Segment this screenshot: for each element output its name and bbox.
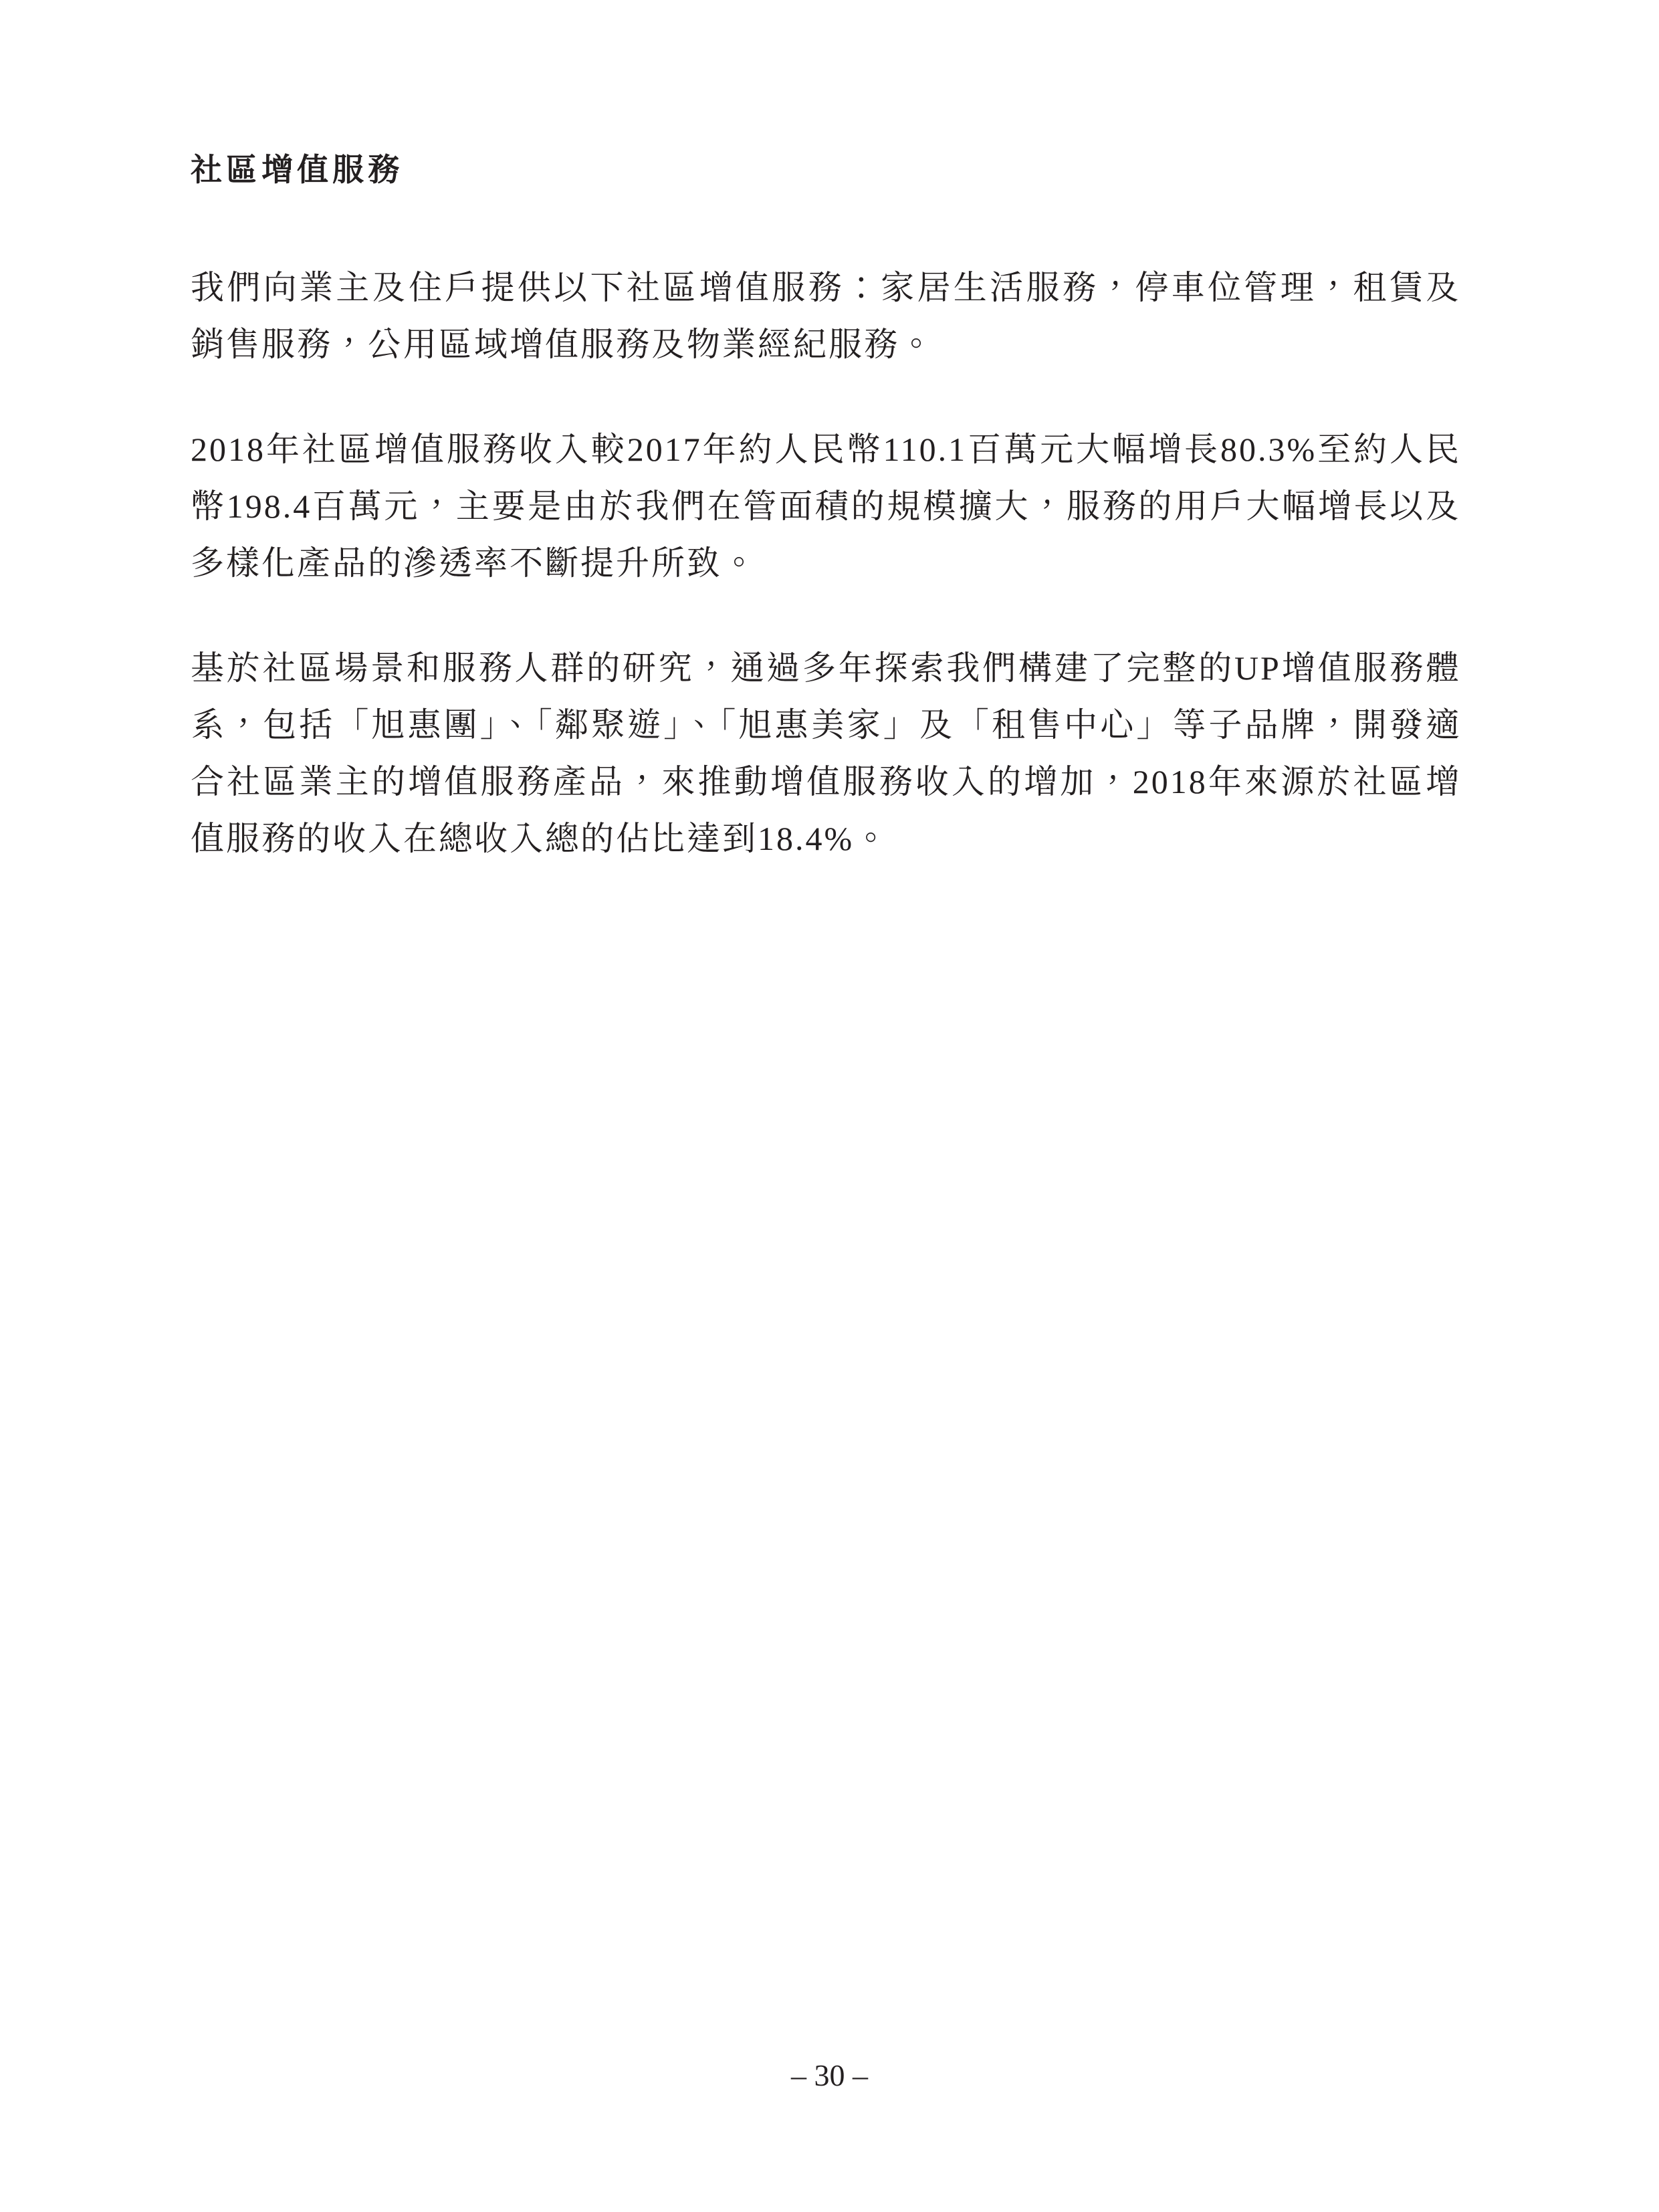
paragraph-revenue-growth: 2018年社區增值服務收入較2017年約人民幣110.1百萬元大幅增長80.3%… (191, 421, 1461, 592)
paragraph-services-overview: 我們向業主及住戶提供以下社區增值服務：家居生活服務，停車位管理，租賃及銷售服務，… (191, 259, 1461, 373)
section-heading: 社區增值服務 (191, 151, 1461, 189)
page-number: – 30 – (0, 2058, 1659, 2093)
page-content: 社區增值服務 我們向業主及住戶提供以下社區增值服務：家居生活服務，停車位管理，租… (191, 151, 1461, 867)
paragraph-up-brands: 基於社區場景和服務人群的研究，通過多年探索我們構建了完整的UP增值服務體系，包括… (191, 640, 1461, 867)
document-page: 社區增值服務 我們向業主及住戶提供以下社區增值服務：家居生活服務，停車位管理，租… (0, 0, 1659, 2212)
